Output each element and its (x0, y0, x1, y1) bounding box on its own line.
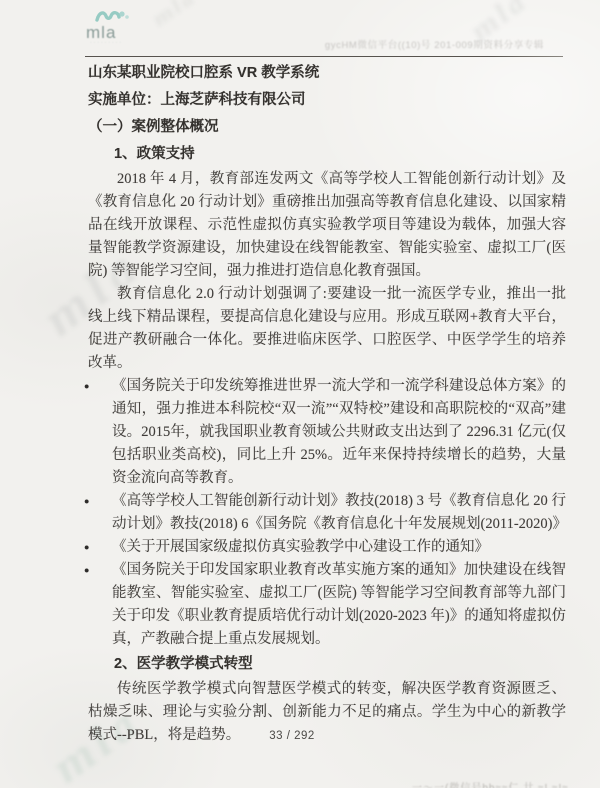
logo-wordmark: mla (86, 24, 156, 41)
paragraph-teaching-mode: 传统医学教学模式向智慧医学模式的转变，解决医学教育资源匮乏、枯燥乏味、理论与实验… (88, 678, 566, 747)
paragraph-policy-1: 2018 年 4 月，教育部连发两文《高等学校人工智能创新行动计划》及《教育信息… (88, 168, 566, 283)
header-watermark: gycHM微信平台((10)号 201-009期资料分享专辑 (325, 37, 544, 51)
footer-watermark: 一～一(微信号bb≈≈仁 廿 ≈! ≈!≈ (412, 779, 569, 788)
logo-subtext: ········· (86, 41, 156, 47)
doc-title: 山东某职业院校口腔系 VR 教学系统 (88, 60, 566, 87)
brand-logo: mla ········· (86, 8, 156, 47)
implementer-line: 实施单位：上海芝萨科技有限公司 (88, 87, 566, 114)
bullet-item-virtual-sim-center: 《关于开展国家级虚拟仿真实验教学中心建设工作的通知》 (88, 536, 566, 559)
subsection-heading-teaching-mode: 2、医学教学模式转型 (88, 651, 566, 678)
bullet-item-ai-action-plan: 《高等学校人工智能创新行动计划》教技(2018) 3 号《教育信息化 20 行动… (88, 490, 566, 536)
scanned-document-page: mla mla mla mla mla ········· gycHM微信平台(… (0, 0, 600, 788)
bullet-item-double-first-class: 《国务院关于印发统筹推进世界一流大学和一流学科建设总体方案》的通知，强力推进本科… (88, 375, 566, 490)
section-heading: （一）案例整体概况 (88, 114, 566, 141)
bullet-item-vocational-reform: 《国务院关于印发国家职业教育改革实施方案的通知》加快建设在线智能教室、智能实验室… (88, 559, 566, 651)
page-number: 33 / 292 (269, 730, 315, 742)
document-body: 山东某职业院校口腔系 VR 教学系统 实施单位：上海芝萨科技有限公司 （一）案例… (88, 60, 566, 747)
header-divider-line (85, 56, 563, 57)
subsection-heading-policy: 1、政策支持 (88, 141, 566, 168)
policy-bullet-list: 《国务院关于印发统筹推进世界一流大学和一流学科建设总体方案》的通知，强力推进本科… (88, 375, 566, 651)
logo-squiggle-icon (94, 8, 134, 24)
paragraph-policy-2: 教育信息化 2.0 行动计划强调了:要建设一批一流医学专业，推出一批线上线下精品… (88, 283, 566, 375)
